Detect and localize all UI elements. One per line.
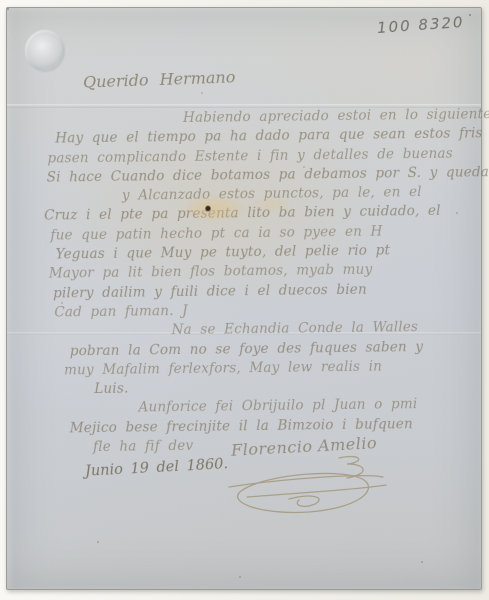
letter-paper: 100 8320 Querido Hermano Habiendo apreci… <box>6 7 482 590</box>
signature-flourish <box>211 451 391 529</box>
paragraph-1: Habiendo apreciado estoi en lo siguiente… <box>43 105 478 323</box>
salutation-line: Querido Hermano <box>83 67 236 91</box>
date-line: Junio 19 del 1860. <box>85 456 229 479</box>
photo-frame: { "photo": { "catalog_number": "100 8320… <box>0 0 489 600</box>
embossed-seal <box>25 30 65 72</box>
paper-specks <box>7 8 9 10</box>
catalog-number: 100 8320 <box>377 13 466 37</box>
letter-body: Habiendo apreciado estoi en lo siguiente… <box>43 105 479 458</box>
paragraph-2: Na se Echandia Conde la Walles pobran la… <box>45 318 478 400</box>
